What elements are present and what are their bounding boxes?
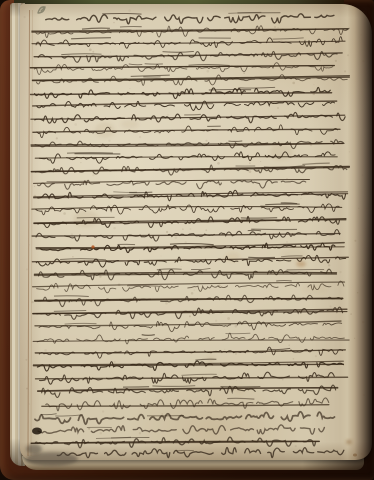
manuscript-photo [0, 0, 374, 480]
manuscript-page [20, 4, 372, 460]
